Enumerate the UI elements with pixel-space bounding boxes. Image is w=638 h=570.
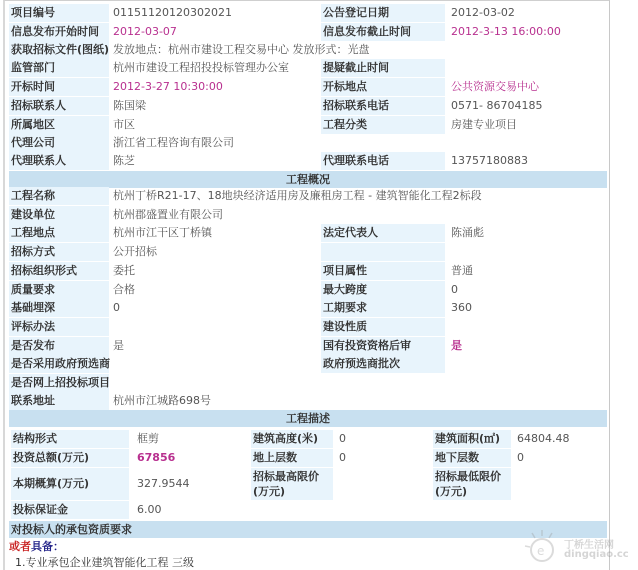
value-project-name: 杭州丁桥R21-17、18地块经济适用房及廉租房工程 - 建筑智能化工程2标段 — [111, 187, 482, 205]
label-publish-end: 信息发布截止时间 — [321, 23, 445, 41]
value-height: 0 — [337, 430, 346, 448]
value-publish-start: 2012-03-07 — [111, 23, 177, 41]
value-bid-open-place: 公共资源交易中心 — [449, 78, 539, 96]
value-floors-below: 0 — [515, 449, 524, 467]
requirements-prefix: 或者具备： — [9, 540, 64, 554]
label-category: 工程分类 — [321, 116, 445, 134]
label-project-name: 工程名称 — [9, 187, 109, 205]
value-project-no: 01151120120302021 — [111, 4, 232, 22]
value-location: 杭州市江干区丁桥镇 — [111, 224, 212, 242]
value-category: 房建专业项目 — [449, 116, 517, 134]
watermark: e 丁桥生活网 dingqiao.cc — [522, 528, 632, 568]
value-duration: 360 — [449, 299, 472, 317]
label-state-review: 国有投资资格后审 — [321, 337, 445, 355]
label-foundation-depth: 基础埋深 — [9, 299, 109, 317]
label-project-no: 项目编号 — [9, 4, 109, 22]
section-requirements-header: 对投标人的承包资质要求 — [9, 521, 607, 538]
value-max-span: 0 — [449, 281, 458, 299]
label-min-price: 招标最低限价(万元) — [433, 468, 511, 500]
requirements-have: 具备： — [31, 540, 64, 553]
label-floors-above: 地上层数 — [251, 449, 333, 467]
value-published: 是 — [111, 337, 124, 355]
label-structure: 结构形式 — [11, 430, 129, 448]
label-budget: 本期概算(万元) — [11, 468, 129, 500]
label-project-attr: 项目属性 — [321, 262, 445, 280]
label-location: 工程地点 — [9, 224, 109, 242]
label-eval-method: 评标办法 — [9, 318, 109, 336]
label-published: 是否发布 — [9, 337, 109, 355]
label-max-span: 最大跨度 — [321, 281, 445, 299]
value-agency-phone: 13757180883 — [449, 152, 528, 170]
value-project-attr: 普通 — [449, 262, 473, 280]
label-legal-rep: 法定代表人 — [321, 224, 445, 242]
requirement-item: 1.专业承包企业建筑智能化工程 三级 — [15, 556, 194, 570]
label-region: 所属地区 — [9, 116, 109, 134]
label-duration: 工期要求 — [321, 299, 445, 317]
label-bid-open-time: 开标时间 — [9, 78, 109, 96]
label-investment: 投资总额(万元) — [11, 449, 129, 467]
value-contact: 陈国梁 — [111, 97, 146, 115]
value-announce-date: 2012-03-02 — [449, 4, 515, 22]
requirements-or: 或者 — [9, 540, 31, 553]
label-org-form: 招标组织形式 — [9, 262, 109, 280]
label-height: 建筑高度(米) — [251, 430, 333, 448]
value-state-review: 是 — [449, 337, 462, 355]
label-area: 建筑面积(㎡) — [433, 430, 511, 448]
label-contact-phone: 招标联系电话 — [321, 97, 445, 115]
value-foundation-depth: 0 — [111, 299, 120, 317]
label-question-deadline: 提疑截止时间 — [321, 59, 445, 77]
label-deposit: 投标保证金 — [11, 501, 129, 519]
label-agency-contact: 代理联系人 — [9, 152, 109, 170]
label-agency-phone: 代理联系电话 — [321, 152, 445, 170]
page-frame: 项目编号 01151120120302021 公告登记日期 2012-03-02… — [3, 0, 610, 570]
label-agency: 代理公司 — [9, 134, 109, 152]
value-floors-above: 0 — [337, 449, 346, 467]
label-build-nature: 建设性质 — [321, 318, 445, 336]
value-question-deadline — [449, 59, 451, 77]
value-get-docs: 发放地点：杭州市建设工程交易中心 发放形式：光盘 — [111, 41, 370, 59]
label-publish-start: 信息发布开始时间 — [9, 23, 109, 41]
section-description-header: 工程描述 — [9, 410, 607, 427]
watermark-logo-icon: e — [522, 528, 562, 566]
value-investment: 67856 — [135, 449, 175, 467]
label-gov-preselect: 是否采用政府预选商 — [9, 355, 109, 373]
value-bid-open-time: 2012-3-27 10:30:00 — [111, 78, 223, 96]
value-budget: 327.9544 — [135, 475, 190, 493]
value-deposit: 6.00 — [135, 501, 162, 519]
value-quality: 合格 — [111, 281, 135, 299]
label-bid-method: 招标方式 — [9, 243, 109, 261]
value-region: 市区 — [111, 116, 135, 134]
value-area: 64804.48 — [515, 430, 570, 448]
label-address: 联系地址 — [9, 392, 109, 410]
value-org-form: 委托 — [111, 262, 135, 280]
watermark-url: dingqiao.cc — [564, 549, 629, 560]
value-agency-contact: 陈芝 — [111, 152, 135, 170]
label-floors-below: 地下层数 — [433, 449, 511, 467]
value-legal-rep: 陈涌彪 — [449, 224, 484, 242]
label-get-docs: 获取招标文件(图纸) — [9, 41, 109, 59]
value-supervisor: 杭州市建设工程招投投标管理办公室 — [111, 59, 289, 77]
section-overview-header: 工程概况 — [9, 171, 607, 188]
label-announce-date: 公告登记日期 — [321, 4, 445, 22]
label-preselect-batch: 政府预选商批次 — [321, 355, 445, 373]
label-online-bid: 是否网上招投标项目 — [9, 374, 109, 392]
label-bid-open-place: 开标地点 — [321, 78, 445, 96]
value-address: 杭州市江城路698号 — [111, 392, 211, 410]
value-bid-method: 公开招标 — [111, 243, 157, 261]
label-supervisor: 监管部门 — [9, 59, 109, 77]
value-agency: 浙江省工程咨询有限公司 — [111, 134, 234, 152]
value-publish-end: 2012-3-13 16:00:00 — [449, 23, 561, 41]
label-empty — [321, 243, 445, 261]
value-builder: 杭州郡盛置业有限公司 — [111, 206, 223, 224]
label-max-price: 招标最高限价(万元) — [251, 468, 333, 500]
label-quality: 质量要求 — [9, 281, 109, 299]
label-contact: 招标联系人 — [9, 97, 109, 115]
label-builder: 建设单位 — [9, 206, 109, 224]
svg-text:e: e — [537, 544, 544, 558]
value-structure: 框剪 — [135, 430, 159, 448]
value-contact-phone: 0571- 86704185 — [449, 97, 542, 115]
